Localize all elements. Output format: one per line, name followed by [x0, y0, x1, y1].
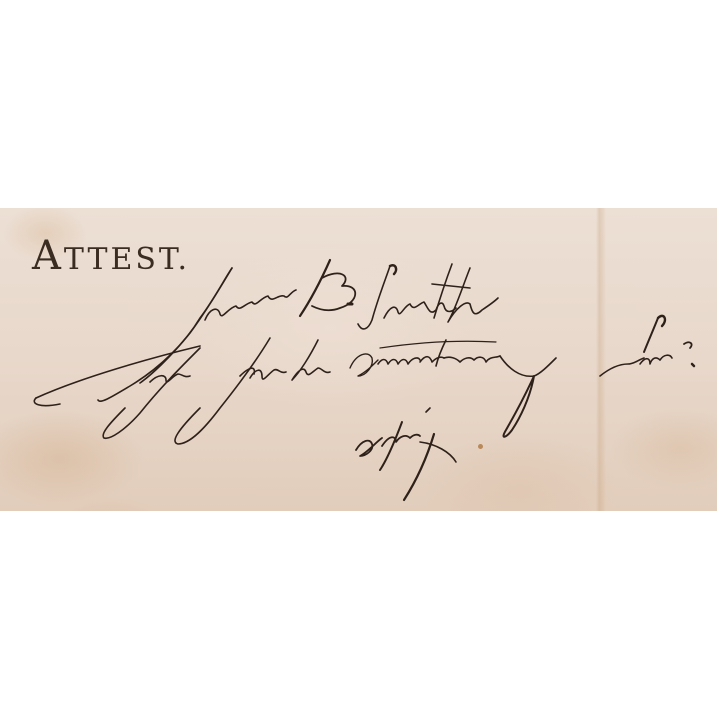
signature-secy [356, 408, 456, 500]
ink-stain [478, 444, 483, 449]
signature-for-john-armstrong [34, 316, 694, 444]
handwritten-signature [0, 208, 717, 511]
aged-paper-document: ATTEST. James B. Smith for John Armstron… [0, 208, 717, 511]
signature-james-b-smith [98, 260, 498, 401]
